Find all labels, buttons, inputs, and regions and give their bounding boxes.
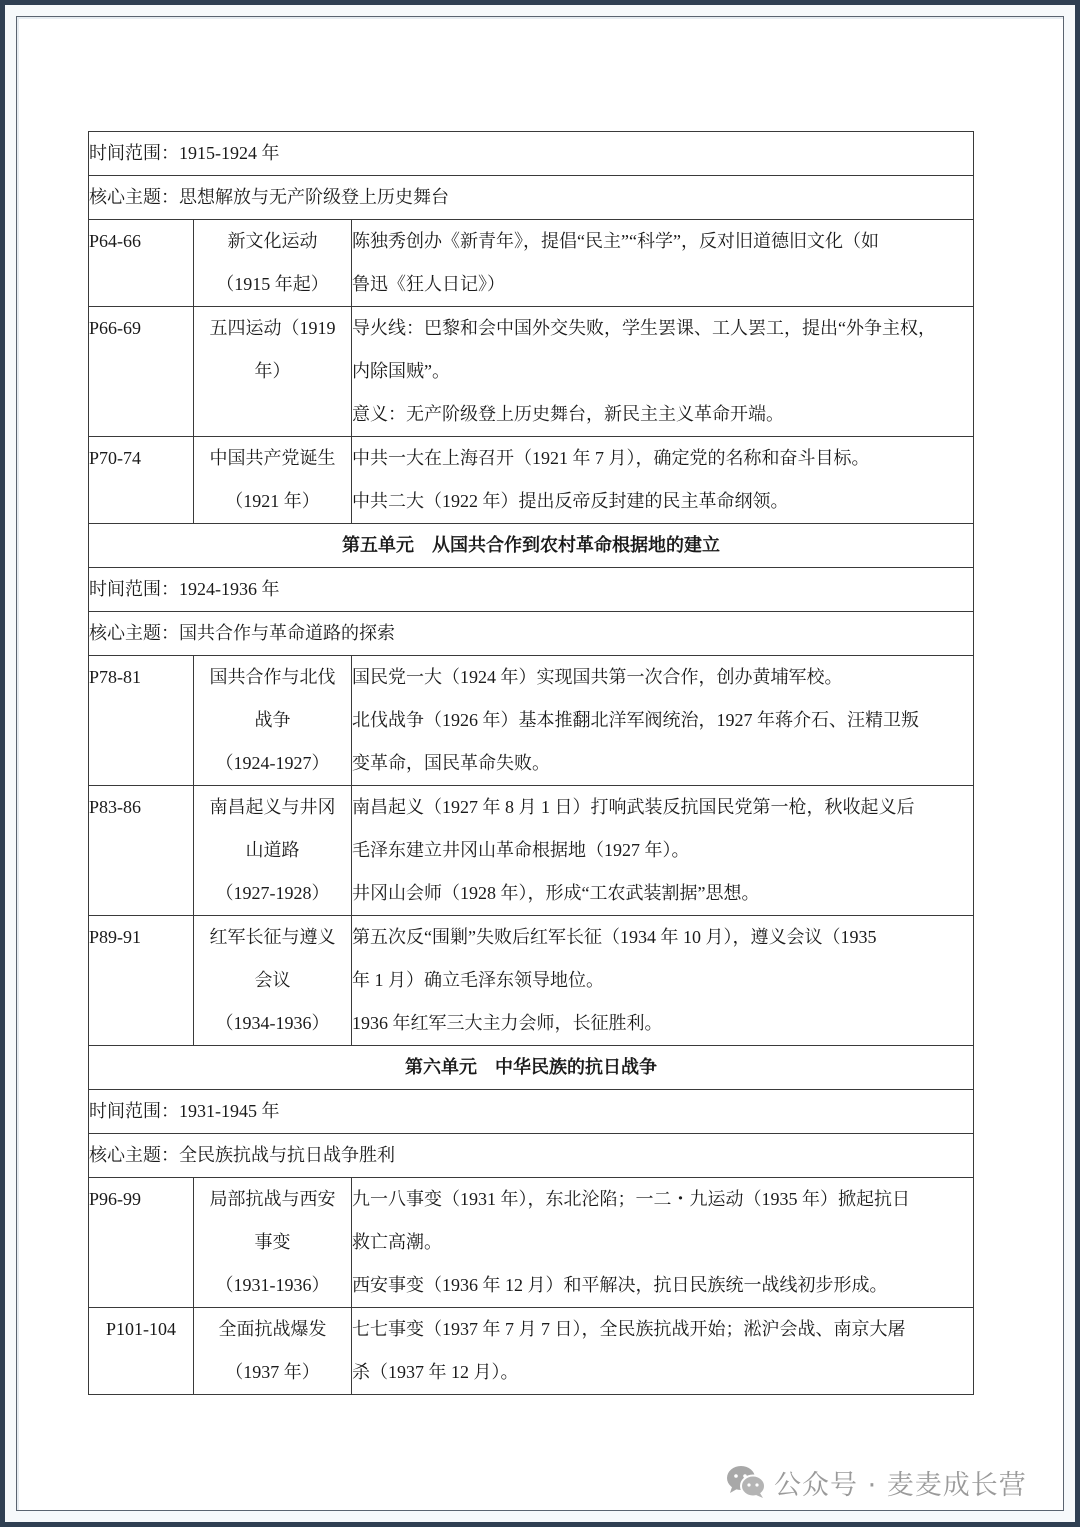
page-range-cell: P89-91 [89, 916, 194, 1046]
description-line: 七七事变（1937 年 7 月 7 日），全民族抗战开始；淞沪会战、南京大屠 [352, 1308, 973, 1351]
page-range-cell: P66-69 [89, 307, 194, 437]
topic-line: 南昌起义与井冈 [194, 786, 351, 829]
description-line: 国民党一大（1924 年）实现国共第一次合作，创办黄埔军校。 [352, 656, 973, 699]
info-cell: 核心主题：思想解放与无产阶级登上历史舞台 [89, 176, 974, 220]
description-line: 西安事变（1936 年 12 月）和平解决，抗日民族统一战线初步形成。 [352, 1264, 973, 1307]
topic-line: 新文化运动 [194, 220, 351, 263]
topic-line: （1931-1936） [194, 1264, 351, 1307]
section-title: 第五单元 从国共合作到农村革命根据地的建立 [89, 524, 974, 568]
info-cell: 时间范围：1915-1924 年 [89, 132, 974, 176]
topic-line: （1924-1927） [194, 742, 351, 785]
page-range-cell: P70-74 [89, 437, 194, 524]
topic-cell: 红军长征与遵义会议（1934-1936） [194, 916, 352, 1046]
topic-line: 战争 [194, 699, 351, 742]
topic-line: 红军长征与遵义 [194, 916, 351, 959]
description-line: 内除国贼”。 [352, 350, 973, 393]
description-cell: 中共一大在上海召开（1921 年 7 月），确定党的名称和奋斗目标。中共二大（1… [352, 437, 974, 524]
topic-cell: 南昌起义与井冈山道路（1927-1928） [194, 786, 352, 916]
info-row: 时间范围：1924-1936 年 [89, 568, 974, 612]
topic-line: 五四运动（1919 [194, 307, 351, 350]
description-cell: 九一八事变（1931 年），东北沦陷；一二・九运动（1935 年）掀起抗日救亡高… [352, 1178, 974, 1308]
info-row: 核心主题：全民族抗战与抗日战争胜利 [89, 1134, 974, 1178]
page-range-cell: P101-104 [89, 1308, 194, 1395]
description-line: 年 1 月）确立毛泽东领导地位。 [352, 959, 973, 1002]
description-cell: 陈独秀创办《新青年》，提倡“民主”“科学”，反对旧道德旧文化（如鲁迅《狂人日记》… [352, 220, 974, 307]
description-line: 毛泽东建立井冈山革命根据地（1927 年）。 [352, 829, 973, 872]
topic-line: （1915 年起） [194, 263, 351, 306]
topic-line: （1937 年） [194, 1351, 351, 1394]
topic-cell: 全面抗战爆发（1937 年） [194, 1308, 352, 1395]
info-cell: 核心主题：国共合作与革命道路的探索 [89, 612, 974, 656]
page-range-cell: P78-81 [89, 656, 194, 786]
section-row: 第六单元 中华民族的抗日战争 [89, 1046, 974, 1090]
info-cell: 核心主题：全民族抗战与抗日战争胜利 [89, 1134, 974, 1178]
page-range-cell: P83-86 [89, 786, 194, 916]
topic-line: 国共合作与北伐 [194, 656, 351, 699]
description-cell: 南昌起义（1927 年 8 月 1 日）打响武装反抗国民党第一枪，秋收起义后毛泽… [352, 786, 974, 916]
description-cell: 第五次反“围剿”失败后红军长征（1934 年 10 月），遵义会议（1935年 … [352, 916, 974, 1046]
info-row: 时间范围：1931-1945 年 [89, 1090, 974, 1134]
topic-cell: 国共合作与北伐战争（1924-1927） [194, 656, 352, 786]
description-line: 中共一大在上海召开（1921 年 7 月），确定党的名称和奋斗目标。 [352, 437, 973, 480]
table-row: P89-91红军长征与遵义会议（1934-1936）第五次反“围剿”失败后红军长… [89, 916, 974, 1046]
description-line: 南昌起义（1927 年 8 月 1 日）打响武装反抗国民党第一枪，秋收起义后 [352, 786, 973, 829]
table-row: P64-66新文化运动（1915 年起）陈独秀创办《新青年》，提倡“民主”“科学… [89, 220, 974, 307]
topic-line: 山道路 [194, 829, 351, 872]
topic-line: 局部抗战与西安 [194, 1178, 351, 1221]
table-row: P70-74中国共产党诞生（1921 年）中共一大在上海召开（1921 年 7 … [89, 437, 974, 524]
topic-line: （1934-1936） [194, 1002, 351, 1045]
table-row: P66-69五四运动（1919年）导火线：巴黎和会中国外交失败，学生罢课、工人罢… [89, 307, 974, 437]
topic-line: 年） [194, 350, 351, 393]
description-line: 杀（1937 年 12 月）。 [352, 1351, 973, 1394]
info-cell: 时间范围：1924-1936 年 [89, 568, 974, 612]
description-line: 导火线：巴黎和会中国外交失败，学生罢课、工人罢工，提出“外争主权， [352, 307, 973, 350]
section-row: 第五单元 从国共合作到农村革命根据地的建立 [89, 524, 974, 568]
history-outline-table: 时间范围：1915-1924 年核心主题：思想解放与无产阶级登上历史舞台P64-… [88, 131, 974, 1395]
description-cell: 七七事变（1937 年 7 月 7 日），全民族抗战开始；淞沪会战、南京大屠杀（… [352, 1308, 974, 1395]
description-line: 1936 年红军三大主力会师，长征胜利。 [352, 1002, 973, 1045]
section-title: 第六单元 中华民族的抗日战争 [89, 1046, 974, 1090]
description-line: 鲁迅《狂人日记》） [352, 263, 973, 306]
table-row: P78-81国共合作与北伐战争（1924-1927）国民党一大（1924 年）实… [89, 656, 974, 786]
topic-cell: 中国共产党诞生（1921 年） [194, 437, 352, 524]
page-range-cell: P96-99 [89, 1178, 194, 1308]
table-row: P101-104全面抗战爆发（1937 年）七七事变（1937 年 7 月 7 … [89, 1308, 974, 1395]
description-line: 中共二大（1922 年）提出反帝反封建的民主革命纲领。 [352, 480, 973, 523]
info-row: 时间范围：1915-1924 年 [89, 132, 974, 176]
description-line: 北伐战争（1926 年）基本推翻北洋军阀统治，1927 年蒋介石、汪精卫叛 [352, 699, 973, 742]
description-line: 救亡高潮。 [352, 1221, 973, 1264]
watermark-text: 公众号 · 麦麦成长营 [774, 1463, 1027, 1502]
info-row: 核心主题：思想解放与无产阶级登上历史舞台 [89, 176, 974, 220]
info-cell: 时间范围：1931-1945 年 [89, 1090, 974, 1134]
topic-line: 事变 [194, 1221, 351, 1264]
description-line: 第五次反“围剿”失败后红军长征（1934 年 10 月），遵义会议（1935 [352, 916, 973, 959]
table-row: P83-86南昌起义与井冈山道路（1927-1928）南昌起义（1927 年 8… [89, 786, 974, 916]
topic-line: 中国共产党诞生 [194, 437, 351, 480]
topic-line: 全面抗战爆发 [194, 1308, 351, 1351]
watermark: 公众号 · 麦麦成长营 [726, 1462, 1027, 1502]
description-line: 变革命，国民革命失败。 [352, 742, 973, 785]
topic-line: 会议 [194, 959, 351, 1002]
topic-cell: 新文化运动（1915 年起） [194, 220, 352, 307]
description-cell: 导火线：巴黎和会中国外交失败，学生罢课、工人罢工，提出“外争主权，内除国贼”。意… [352, 307, 974, 437]
description-cell: 国民党一大（1924 年）实现国共第一次合作，创办黄埔军校。北伐战争（1926 … [352, 656, 974, 786]
description-line: 意义：无产阶级登上历史舞台，新民主主义革命开端。 [352, 393, 973, 436]
topic-cell: 五四运动（1919年） [194, 307, 352, 437]
info-row: 核心主题：国共合作与革命道路的探索 [89, 612, 974, 656]
description-line: 井冈山会师（1928 年），形成“工农武装割据”思想。 [352, 872, 973, 915]
description-line: 九一八事变（1931 年），东北沦陷；一二・九运动（1935 年）掀起抗日 [352, 1178, 973, 1221]
topic-cell: 局部抗战与西安事变（1931-1936） [194, 1178, 352, 1308]
table-row: P96-99局部抗战与西安事变（1931-1936）九一八事变（1931 年），… [89, 1178, 974, 1308]
topic-line: （1921 年） [194, 480, 351, 523]
wechat-icon [726, 1465, 766, 1499]
description-line: 陈独秀创办《新青年》，提倡“民主”“科学”，反对旧道德旧文化（如 [352, 220, 973, 263]
topic-line: （1927-1928） [194, 872, 351, 915]
page-range-cell: P64-66 [89, 220, 194, 307]
